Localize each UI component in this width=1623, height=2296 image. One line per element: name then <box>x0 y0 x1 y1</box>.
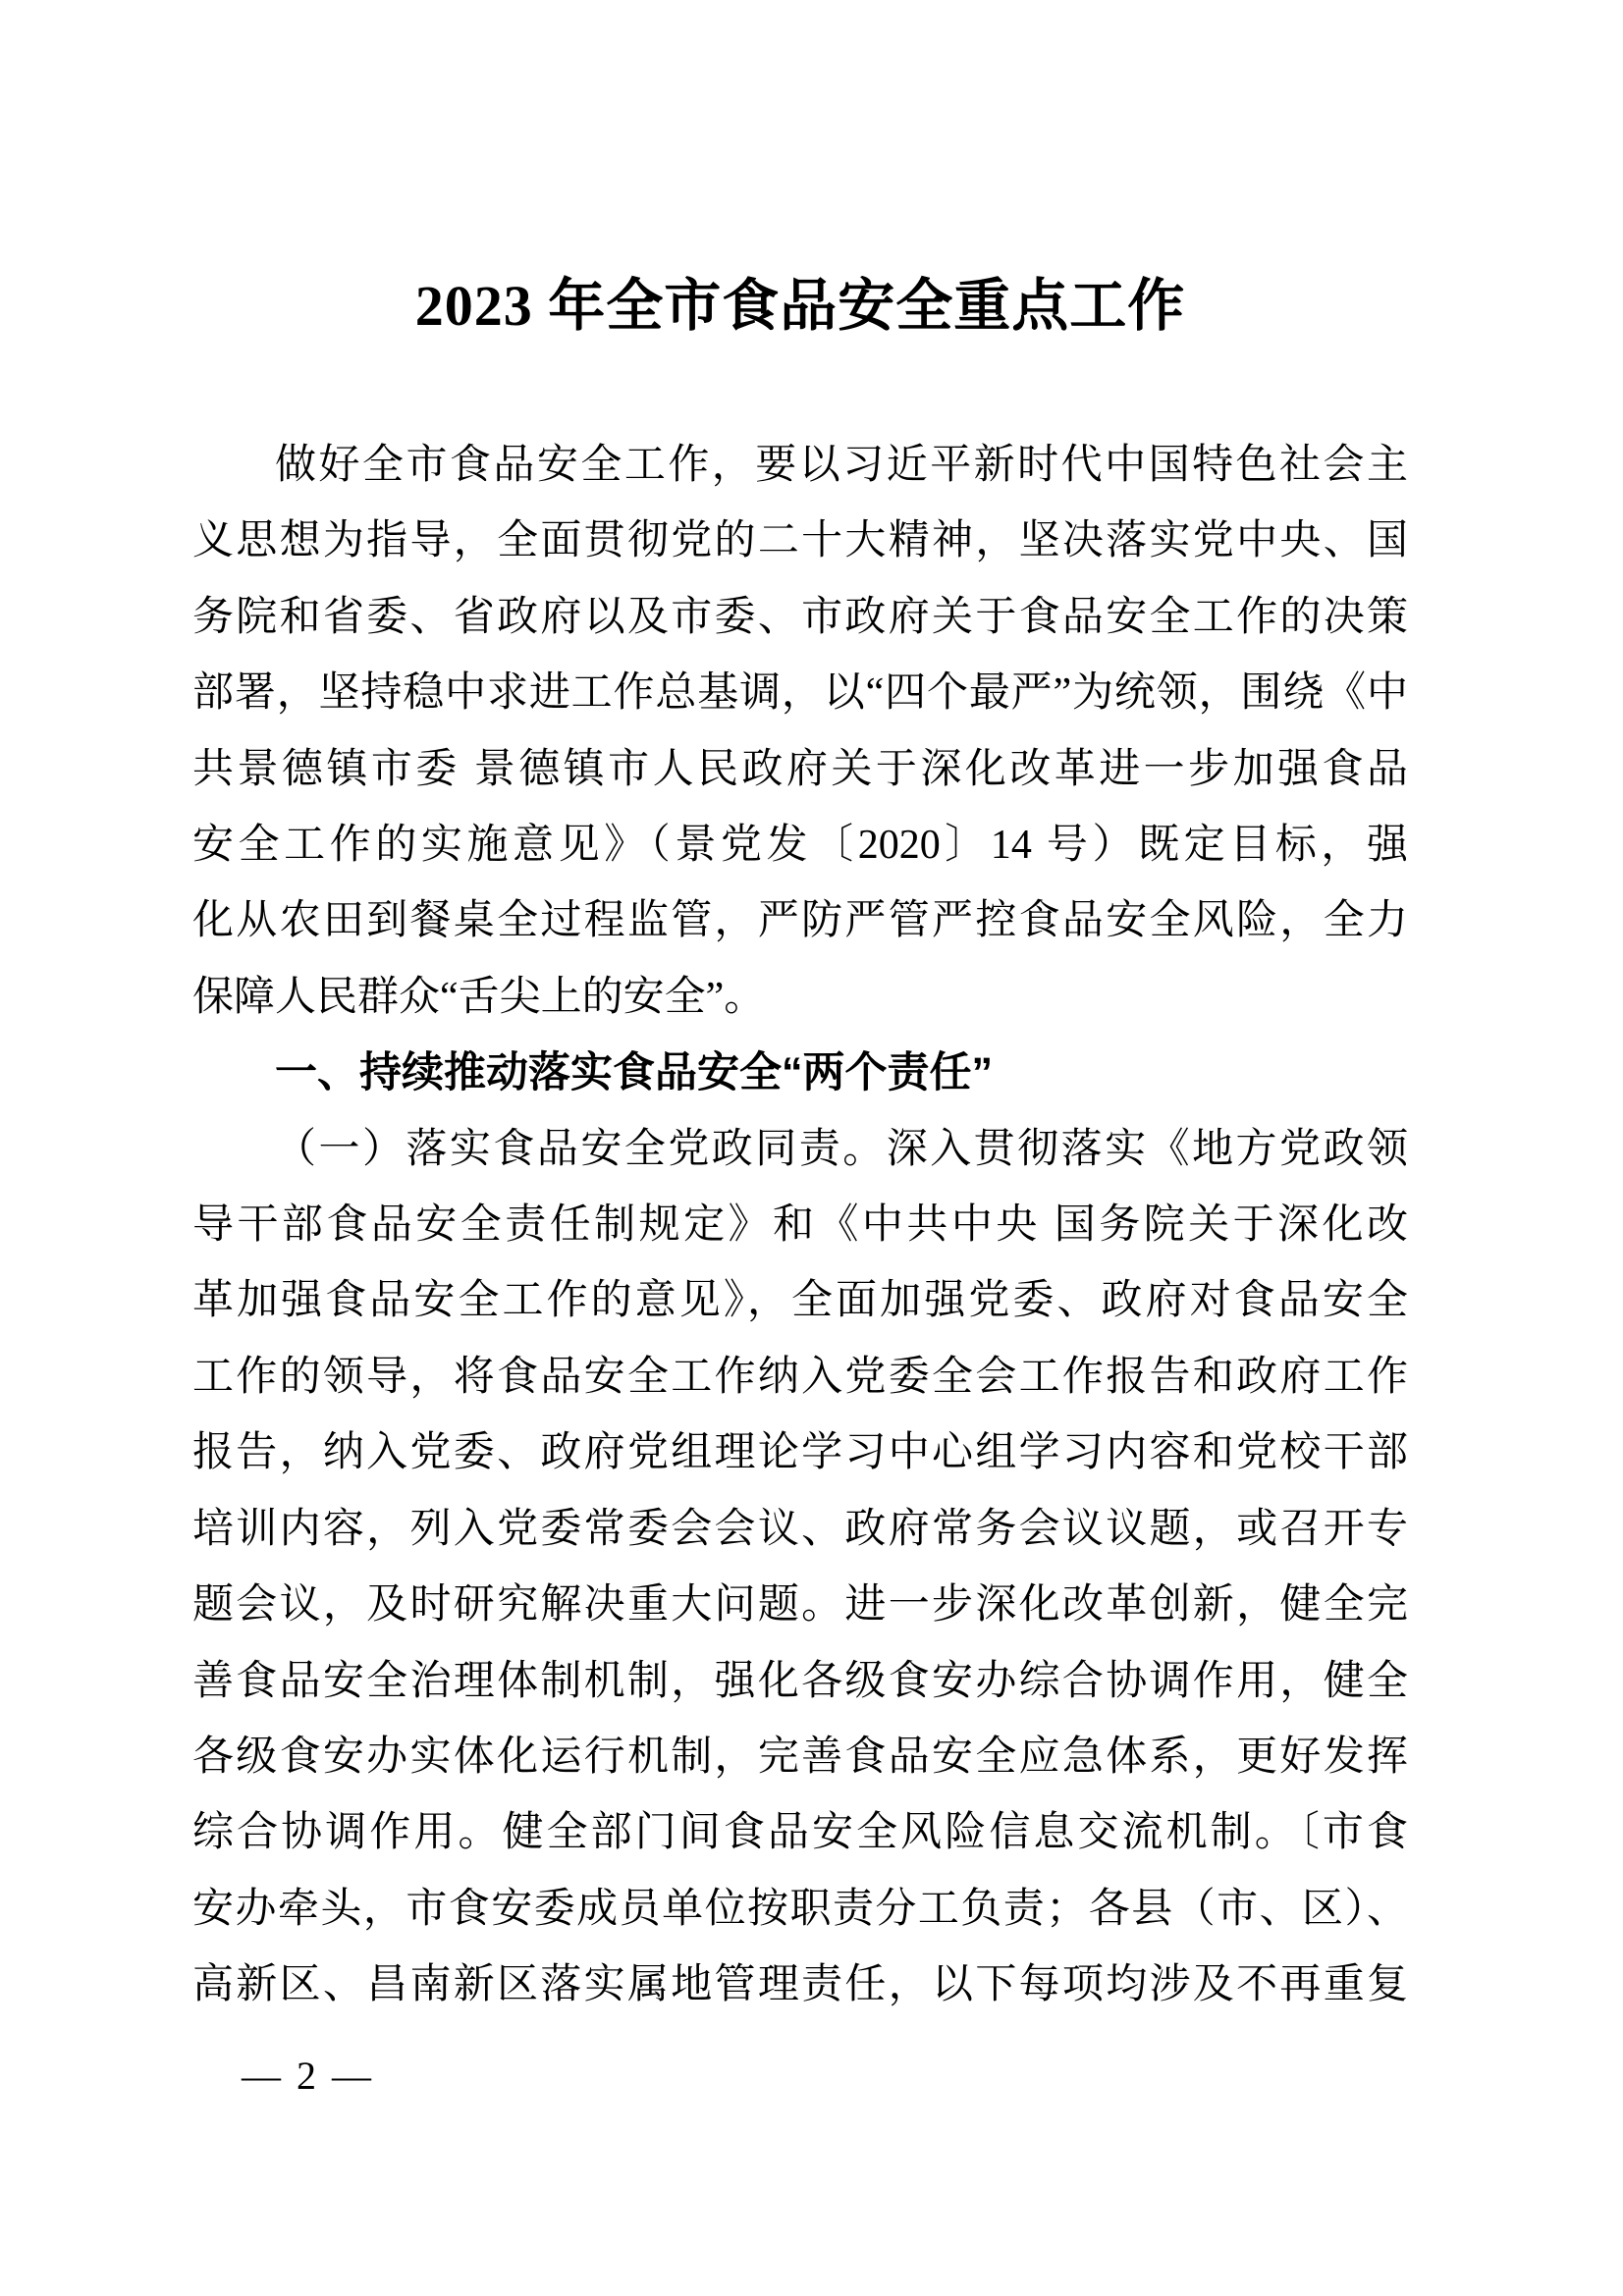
page-title: 2023 年全市食品安全重点工作 <box>192 263 1408 349</box>
paragraph-line: 务院和省委、省政府以及市委、市政府关于食品安全工作的决策 <box>192 580 1408 656</box>
paragraph-line: 部署，坚持稳中求进工作总基调，以“四个最严”为统领，围绕《中 <box>192 656 1408 731</box>
paragraph-line: 导干部食品安全责任制规定》和《中共中央 国务院关于深化改 <box>192 1188 1408 1263</box>
paragraph-line: 工作的领导，将食品安全工作纳入党委全会工作报告和政府工作 <box>192 1340 1408 1415</box>
paragraph-line: （一）落实食品安全党政同责。深入贯彻落实《地方党政领 <box>192 1112 1408 1188</box>
paragraph-2: （一）落实食品安全党政同责。深入贯彻落实《地方党政领 导干部食品安全责任制规定》… <box>192 1112 1408 2024</box>
paragraph-line: 做好全市食品安全工作，要以习近平新时代中国特色社会主 <box>192 428 1408 504</box>
paragraph-line: 综合协调作用。健全部门间食品安全风险信息交流机制。〔市食 <box>192 1795 1408 1871</box>
paragraph-line: 善食品安全治理体制机制，强化各级食安办综合协调作用，健全 <box>192 1644 1408 1720</box>
document-page: 2023 年全市食品安全重点工作 做好全市食品安全工作，要以习近平新时代中国特色… <box>0 0 1623 2296</box>
document-body: 做好全市食品安全工作，要以习近平新时代中国特色社会主 义思想为指导，全面贯彻党的… <box>192 428 1408 2024</box>
paragraph-line: 高新区、昌南新区落实属地管理责任，以下每项均涉及不再重复 <box>192 1948 1408 2023</box>
page-number: — 2 — <box>242 2052 374 2101</box>
paragraph-line: 报告，纳入党委、政府党组理论学习中心组学习内容和党校干部 <box>192 1415 1408 1491</box>
paragraph-line: 化从农田到餐桌全过程监管，严防严管严控食品安全风险，全力 <box>192 883 1408 959</box>
paragraph-line: 保障人民群众“舌尖上的安全”。 <box>192 960 1408 1036</box>
paragraph-1: 做好全市食品安全工作，要以习近平新时代中国特色社会主 义思想为指导，全面贯彻党的… <box>192 428 1408 1036</box>
paragraph-line: 培训内容，列入党委常委会会议、政府常务会议议题，或召开专 <box>192 1492 1408 1568</box>
paragraph-line: 题会议，及时研究解决重大问题。进一步深化改革创新，健全完 <box>192 1568 1408 1643</box>
paragraph-line: 安办牵头，市食安委成员单位按职责分工负责；各县（市、区）、 <box>192 1872 1408 1948</box>
paragraph-line: 革加强食品安全工作的意见》，全面加强党委、政府对食品安全 <box>192 1263 1408 1339</box>
paragraph-line: 义思想为指导，全面贯彻党的二十大精神，坚决落实党中央、国 <box>192 504 1408 579</box>
section-heading: 一、持续推动落实食品安全“两个责任” <box>192 1036 1408 1111</box>
paragraph-line: 各级食安办实体化运行机制，完善食品安全应急体系，更好发挥 <box>192 1720 1408 1795</box>
paragraph-line: 安全工作的实施意见》（景党发〔2020〕14 号）既定目标，强 <box>192 808 1408 883</box>
paragraph-line: 共景德镇市委 景德镇市人民政府关于深化改革进一步加强食品 <box>192 732 1408 808</box>
